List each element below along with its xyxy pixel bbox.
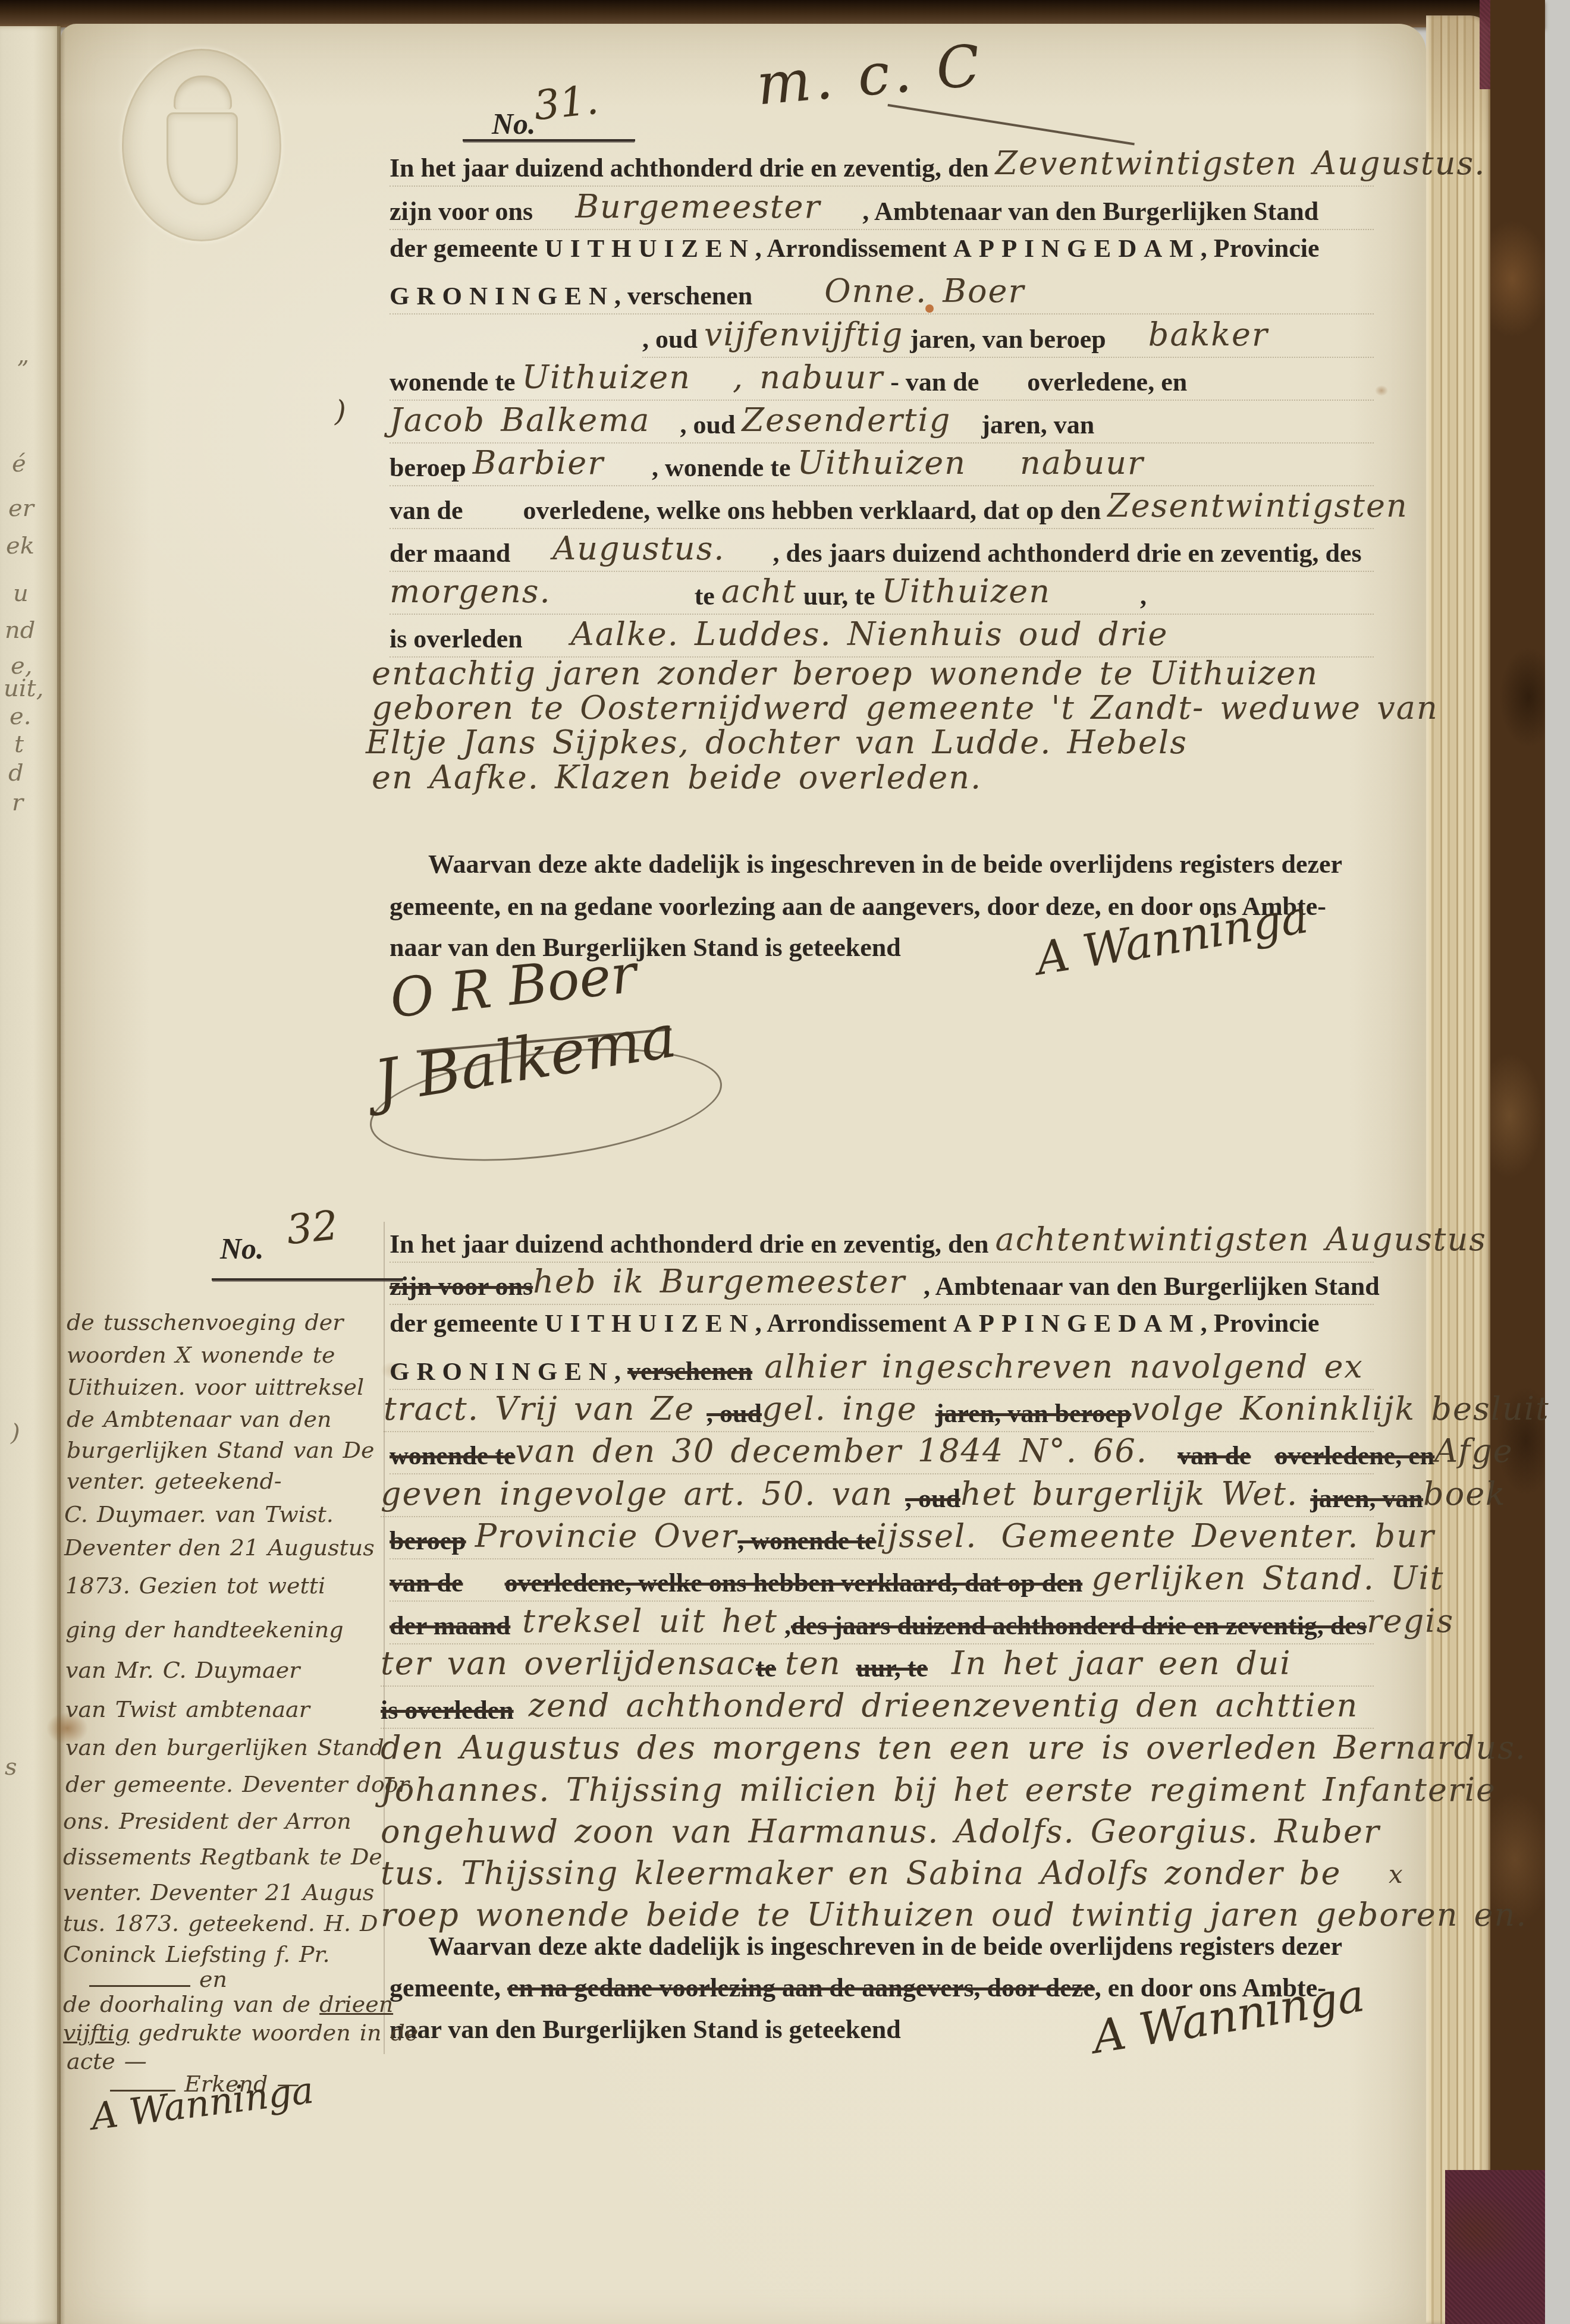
- printed-form-text: ,: [778, 1611, 791, 1640]
- previous-page-text-fragment: d: [8, 761, 24, 785]
- margin-note-line-22: vijftig gedrukte woorden in de: [63, 2021, 418, 2044]
- act-32-line-14: Johannes. Thijssing milicien bij het eer…: [381, 1776, 1496, 1809]
- act-31-line-11: morgens. te acht uur, te Uithuizen,: [390, 578, 1147, 610]
- printed-form-text: UITHUIZEN: [545, 1310, 755, 1338]
- margin-note-line-17: venter. Deventer 21 Augus: [63, 1881, 374, 1904]
- blank-space: [604, 475, 652, 476]
- margin-note-line-21: de doorhaling van de drieen: [63, 1993, 393, 2015]
- handwritten-text: Uithuizen: [881, 573, 1051, 610]
- printed-form-text: uur, te: [856, 1653, 928, 1683]
- blank-space: [918, 1421, 935, 1422]
- handwritten-text: tract. Vrij van Ze: [384, 1390, 695, 1427]
- act-31-line-10: der maand Augustus., des jaars duizend a…: [390, 535, 1362, 567]
- previous-page-text-fragment: nd: [5, 618, 35, 642]
- previous-page-text-fragment: e,: [11, 654, 32, 678]
- act-number-rule: [212, 1278, 403, 1281]
- act-32-line-10: der maandtreksel uit het ,des jaars duiz…: [390, 1608, 1454, 1640]
- printed-form-text: UITHUIZEN: [545, 235, 755, 263]
- handwritten-text: burgerlijken Stand van De: [67, 1437, 375, 1463]
- previous-page-text-fragment: r: [12, 791, 23, 814]
- printed-form-text: In het jaar duizend achthonderd drie en …: [390, 1229, 996, 1259]
- printed-form-text: beroep: [390, 453, 473, 482]
- act-32-line-16: tus. Thijssing kleermaker en Sabina Adol…: [381, 1860, 1341, 1892]
- printed-form-text: In het jaar duizend achthonderd drie en …: [390, 153, 996, 183]
- handwritten-text: morgens.: [390, 573, 551, 610]
- blank-space: [1148, 1463, 1177, 1464]
- margin-note-line-20: en: [89, 1968, 227, 1990]
- blank-space: [966, 475, 1020, 476]
- previous-page-edge: [0, 26, 61, 2324]
- blank-space: [821, 219, 862, 220]
- handwritten-text: de tusschenvoeging der: [67, 1309, 344, 1335]
- handwritten-text: tus. Thijssing kleermaker en Sabina Adol…: [381, 1854, 1341, 1892]
- act-32-line-12: is overledenzend achthonderd drieenzeven…: [381, 1692, 1358, 1724]
- act-31-line-3: der gemeente UITHUIZEN, Arrondissement A…: [390, 235, 1319, 262]
- handwritten-text: Jacob Balkema: [390, 401, 651, 439]
- handwritten-text: drieen: [319, 1991, 393, 2017]
- printed-form-text: te: [756, 1653, 776, 1683]
- act-31-line-14: geboren te Oosternijdwerd gemeente 't Za…: [372, 694, 1439, 727]
- act-31-line-9: van de overledene, welke ons hebben verk…: [390, 492, 1408, 524]
- handwritten-text: Deventer den 21 Augustus: [64, 1534, 375, 1561]
- handwritten-text: ter van overlijdensac: [381, 1644, 756, 1682]
- blank-space: [539, 219, 575, 220]
- act-number-value: 31.: [532, 80, 601, 127]
- act-32-line-5: tract. Vrij van Ze, oudgel. ingejaren, v…: [384, 1395, 1550, 1427]
- blank-space: [759, 303, 824, 304]
- margin-note-line-16: dissements Regtbank te De: [63, 1845, 382, 1868]
- handwritten-text: Uithuizen. voor uittreksel: [67, 1374, 364, 1400]
- printed-form-text: jaren, van beroep: [935, 1399, 1132, 1428]
- printed-form-text: GRONINGEN: [390, 282, 614, 310]
- printed-form-text: , oud: [680, 410, 742, 439]
- printed-form-text: is overleden: [390, 624, 529, 653]
- printed-form-text: , Arrondissement: [755, 1309, 953, 1338]
- handwritten-text: Uithuizen: [522, 358, 691, 396]
- blank-space: [691, 389, 733, 391]
- act-32-line-11: ter van overlijdensactetenuur, teIn het …: [381, 1650, 1292, 1682]
- printed-form-text: beroep: [390, 1526, 466, 1555]
- margin-note-line-14: der gemeente. Deventer door: [65, 1773, 409, 1795]
- handwritten-text: bakker: [1148, 316, 1268, 353]
- handwritten-text: woorden X wonende te: [67, 1342, 335, 1368]
- blank-space: [469, 518, 523, 519]
- printed-form-text: Waarvan deze akte dadelijk is ingeschrev…: [428, 850, 1342, 879]
- act-32-line-1: In het jaar duizend achthonderd drie en …: [390, 1226, 1487, 1258]
- blank-space: [906, 1294, 924, 1295]
- blank-space: [928, 1675, 952, 1677]
- printed-form-text: , oud: [905, 1484, 960, 1513]
- handwritten-text: het burgerlijk Wet.: [960, 1475, 1298, 1512]
- act-31-line-6: wonende te Uithuizen, nabuur - van de ov…: [390, 364, 1187, 396]
- previous-page-text-fragment: é: [12, 452, 26, 476]
- printed-form-text: , Ambtenaar van den Burgerlijken Stand: [924, 1272, 1380, 1301]
- previous-page-text-fragment: ”: [17, 358, 29, 382]
- book-cover-right: [1490, 0, 1545, 2324]
- handwritten-text: Provincie Over: [475, 1517, 737, 1555]
- act-32-line-9: van deoverledene, welke ons hebben verkl…: [390, 1565, 1444, 1597]
- handwritten-text: en Aafke. Klazen beide overleden.: [372, 759, 982, 796]
- act-number-label: No.: [492, 109, 536, 139]
- printed-form-text: des jaars duizend achthonderd drie en ze…: [791, 1611, 1367, 1640]
- handwritten-text: Barbier: [473, 444, 604, 482]
- handwritten-text: Aalke. Luddes. Nienhuis oud drie: [571, 615, 1169, 653]
- blank-space: [510, 1633, 522, 1634]
- act-31-line-15: Eltje Jans Sijpkes, dochter van Ludde. H…: [366, 729, 1188, 761]
- handwritten-text: ging der handteekening: [65, 1617, 344, 1643]
- blank-space: [1113, 347, 1148, 348]
- handwritten-text: geven ingevolge art. 50. van: [381, 1475, 893, 1512]
- printed-form-text: , wonende te: [652, 453, 797, 482]
- handwritten-text: boek: [1423, 1475, 1506, 1512]
- handwritten-text: alhier ingeschreven navolgend ex: [764, 1348, 1364, 1385]
- handwritten-text: In het jaar een dui: [952, 1644, 1291, 1682]
- blank-space: [529, 646, 571, 647]
- handwritten-text: geboren te Oosternijdwerd gemeente 't Za…: [372, 689, 1439, 727]
- pen-mark: x: [1389, 1860, 1403, 1889]
- printed-form-text: zijn voor ons: [390, 1272, 533, 1301]
- printed-form-text: , des jaars duizend achthonderd drie en …: [773, 539, 1362, 568]
- act-32-line-6: wonende tevan den 30 december 1844 N°. 6…: [390, 1438, 1514, 1470]
- blank-space: [551, 603, 688, 605]
- handwritten-text: venter. Deventer 21 Augus: [63, 1879, 374, 1905]
- act-31-line-7: Jacob Balkema, oud Zesendertig jaren, va…: [390, 407, 1094, 439]
- blank-space: [651, 432, 680, 433]
- margin-note-line-10: ging der handteekening: [65, 1618, 344, 1641]
- printed-form-text: jaren, van: [1310, 1484, 1423, 1513]
- act-32-line-7: geven ingevolge art. 50. van, oudhet bur…: [381, 1480, 1506, 1512]
- handwritten-text: acte —: [67, 2048, 147, 2074]
- printed-form-text: , verschenen: [614, 281, 759, 310]
- handwritten-text: venter. geteekend-: [67, 1468, 282, 1494]
- previous-page-text-fragment: t: [14, 732, 24, 756]
- act-31-line-1: In het jaar duizend achthonderd drie en …: [390, 150, 1486, 182]
- act-32-line-2: zijn voor onsheb ik Burgemeester, Ambten…: [390, 1268, 1380, 1300]
- printed-form-text: van de: [390, 1568, 463, 1597]
- printed-form-text: ,: [1140, 581, 1147, 611]
- previous-page-text-fragment: s: [5, 1755, 17, 1779]
- printed-form-text: naar van den Burgerlijken Stand is getee…: [390, 933, 901, 962]
- handwritten-text: entachtig jaren zonder beroep wonende te…: [372, 655, 1318, 692]
- printed-form-text: , Ambtenaar van den Burgerlijken Stand: [862, 197, 1318, 226]
- printed-form-text: overledene, welke ons hebben verklaard, …: [504, 1568, 1082, 1597]
- blank-space: [1251, 1463, 1274, 1464]
- handwritten-text: Zeventwintigsten Augustus.: [996, 144, 1486, 182]
- margin-note-line-2: woorden X wonende te: [67, 1344, 335, 1366]
- handwritten-text: ten: [785, 1644, 841, 1682]
- previous-page-text-fragment: uit,: [4, 677, 43, 700]
- printed-form-text: , Provincie: [1201, 234, 1320, 263]
- handwritten-text: gel. inge: [762, 1390, 918, 1427]
- printed-form-text: , oud: [642, 325, 704, 354]
- act-32-line-15: ongehuwd zoon van Harmanus. Adolfs. Geor…: [381, 1818, 1380, 1850]
- blank-space: [463, 1590, 504, 1592]
- act-31-line-5: , oud vijfenvijftig jaren, van beroep ba…: [642, 321, 1268, 353]
- handwritten-text: Zesendertig: [742, 401, 952, 439]
- printed-form-text: wonende te: [390, 367, 522, 397]
- blank-space: [517, 561, 552, 562]
- printed-form-text: gemeente,: [390, 1973, 507, 2002]
- blank-space: [951, 432, 975, 433]
- act-32-line-18: Waarvan deze akte dadelijk is ingeschrev…: [428, 1933, 1342, 1960]
- act-32-line-8: beroepProvincie Over, wonende teijssel.G…: [390, 1523, 1435, 1555]
- scanned-register-photo: { "page": { "inscription": {"text": "m. …: [0, 0, 1570, 2324]
- printed-form-text: overledene, en: [1274, 1441, 1434, 1470]
- handwritten-text: heb ik: [533, 1263, 660, 1300]
- printed-form-text: overledene, en: [1027, 367, 1187, 397]
- handwritten-text: Onne. Boer: [824, 272, 1025, 310]
- printed-form-text: Waarvan deze akte dadelijk is ingeschrev…: [428, 1932, 1342, 1961]
- handwritten-text: tus. 1873. geteekend. H. D: [63, 1910, 378, 1936]
- handwritten-text: regis: [1367, 1602, 1454, 1640]
- printed-form-text: overledene, welke ons hebben verklaard, …: [523, 496, 1107, 525]
- printed-form-text: der gemeente: [390, 1309, 545, 1338]
- blank-space: [841, 1675, 856, 1677]
- handwritten-text: , nabuur: [733, 358, 884, 396]
- handwritten-text: Afge: [1434, 1432, 1514, 1470]
- handwritten-text: ijssel.: [877, 1517, 978, 1555]
- blank-space: [985, 389, 1027, 391]
- handwritten-text: Burgemeester: [660, 1263, 906, 1300]
- printed-form-text: van de: [1177, 1441, 1251, 1470]
- margin-note-line-15: ons. President der Arron: [63, 1810, 351, 1832]
- handwritten-text: gedrukte woorden in de: [129, 2020, 418, 2046]
- previous-page-text-fragment: e.: [10, 705, 31, 728]
- previous-page-text-fragment: er: [8, 496, 34, 520]
- handwritten-text: Augustus.: [552, 530, 725, 567]
- page-gutter-shadow: [57, 24, 65, 2324]
- handwritten-text: der gemeente. Deventer door: [65, 1771, 409, 1797]
- pen-mark: ): [335, 395, 346, 428]
- handwritten-text: nabuur: [1020, 444, 1144, 482]
- handwritten-text: ongehuwd zoon van Harmanus. Adolfs. Geor…: [381, 1813, 1380, 1850]
- previous-page-text-fragment: ek: [6, 534, 34, 558]
- act-31-line-13: entachtig jaren zonder beroep wonende te…: [372, 660, 1318, 692]
- handwritten-text: van Mr. C. Duymaer: [65, 1657, 300, 1683]
- handwritten-text: Eltje Jans Sijpkes, dochter van Ludde. H…: [366, 724, 1188, 761]
- handwritten-text: acht: [721, 573, 797, 610]
- margin-note-line-23: acte —: [67, 2050, 147, 2073]
- margin-note-line-1: de tusschenvoeging der: [67, 1311, 344, 1334]
- handwritten-text: ons. President der Arron: [63, 1808, 351, 1834]
- act-32-line-20: naar van den Burgerlijken Stand is getee…: [390, 2017, 901, 2043]
- margin-note-line-19: Coninck Liefsting f. Pr.: [63, 1943, 330, 1966]
- handwritten-text: Uithuizen: [797, 444, 966, 482]
- seal-shield-icon: [167, 112, 238, 205]
- blank-space: [776, 1675, 785, 1677]
- blank-space: [726, 561, 773, 562]
- cover-cloth-bottom: [1445, 2170, 1545, 2324]
- handwritten-text: Johannes. Thijssing milicien bij het eer…: [381, 1771, 1496, 1809]
- handwritten-text: vijftig: [63, 2020, 129, 2046]
- handwritten-text: van den burgerlijken Stand: [65, 1734, 384, 1760]
- act-31-line-16: en Aafke. Klazen beide overleden.: [372, 764, 982, 796]
- handwritten-text: de Ambtenaar van den: [67, 1406, 331, 1432]
- handwritten-text: Burgemeester: [575, 188, 821, 225]
- handwritten-text: gerlijken Stand. Uit: [1091, 1559, 1444, 1597]
- act-31-line-17: Waarvan deze akte dadelijk is ingeschrev…: [428, 851, 1342, 878]
- handwritten-text: zend achthonderd drieenzeventig den acht…: [529, 1687, 1359, 1724]
- printed-form-text: is overleden: [381, 1696, 514, 1725]
- printed-form-text: jaren, van beroep: [903, 325, 1113, 354]
- printed-form-text: uur, te: [797, 581, 882, 611]
- act-number-rule: [463, 139, 635, 141]
- margin-note-line-3: Uithuizen. voor uittreksel: [67, 1376, 364, 1398]
- handwritten-text: Zesentwintigsten: [1107, 487, 1408, 524]
- handwritten-text: roep wonende beide te Uithuizen oud twin…: [381, 1896, 1527, 1933]
- printed-form-text: naar van den Burgerlijken Stand is getee…: [390, 2015, 901, 2044]
- printed-form-text: APPINGEDAM: [953, 235, 1201, 263]
- handwritten-text: den Augustus des morgens ten een ure is …: [381, 1729, 1527, 1766]
- margin-note-line-7: C. Duymaer. van Twist.: [64, 1503, 334, 1526]
- act-31-line-8: beroep Barbier, wonende te Uithuizennabu…: [390, 449, 1144, 482]
- printed-form-text: der maand: [390, 539, 517, 568]
- act-32-line-17: roep wonende beide te Uithuizen oud twin…: [381, 1901, 1527, 1933]
- margin-note-line-12: van Twist ambtenaar: [65, 1698, 310, 1721]
- seal-crown-icon: [174, 76, 232, 109]
- handwritten-text: volge Koninklijk besluit: [1131, 1390, 1549, 1427]
- blank-space: [695, 1421, 706, 1422]
- act-32-line-4: GRONINGEN, verschenenalhier ingeschreven…: [390, 1353, 1364, 1385]
- handwritten-text: achtentwintigsten Augustus: [996, 1221, 1487, 1258]
- handwritten-text: van den 30 december 1844 N°. 66.: [515, 1432, 1147, 1470]
- printed-form-text: van de: [390, 496, 469, 525]
- act-number-label: No.: [220, 1234, 264, 1263]
- printed-form-text: zijn voor ons: [390, 197, 539, 226]
- previous-page-text-fragment: u: [13, 581, 29, 605]
- blank-space: [514, 1718, 529, 1719]
- blank-space: [1051, 603, 1140, 605]
- printed-form-text: wonende te: [390, 1441, 515, 1470]
- act-31-line-4: GRONINGEN, verschenen Onne. Boer: [390, 278, 1025, 310]
- margin-note-line-18: tus. 1873. geteekend. H. D: [63, 1912, 378, 1935]
- act-31-line-19: naar van den Burgerlijken Stand is getee…: [390, 935, 901, 961]
- margin-rule: [89, 1977, 190, 1987]
- printed-form-text: te: [688, 581, 721, 611]
- margin-note-line-6: venter. geteekend-: [67, 1470, 282, 1492]
- margin-note-line-8: Deventer den 21 Augustus: [64, 1536, 375, 1559]
- printed-form-text: verschenen: [627, 1357, 752, 1386]
- printed-form-text: , Provincie: [1201, 1309, 1320, 1338]
- margin-note-line-13: van den burgerlijken Stand: [65, 1736, 384, 1759]
- act-31-line-12: is overleden Aalke. Luddes. Nienhuis oud…: [390, 621, 1168, 653]
- act-number-value: 32: [285, 1206, 340, 1251]
- printed-form-text: , Arrondissement: [755, 234, 953, 263]
- printed-form-text: GRONINGEN: [390, 1358, 614, 1386]
- act-31-line-2: zijn voor ons Burgemeester, Ambtenaar va…: [390, 193, 1318, 225]
- handwritten-text: en: [190, 1966, 227, 1992]
- handwritten-text: de doorhaling van de: [63, 1991, 319, 2017]
- blank-space: [466, 1548, 475, 1549]
- blank-space: [977, 1548, 1001, 1549]
- margin-note-line-9: 1873. Gezien tot wetti: [65, 1574, 325, 1597]
- blank-space: [1082, 1590, 1091, 1592]
- act-32-line-3: der gemeente UITHUIZEN, Arrondissement A…: [390, 1310, 1319, 1336]
- margin-note-line-4: de Ambtenaar van den: [67, 1408, 331, 1430]
- handwritten-text: treksel uit het: [522, 1602, 778, 1640]
- page-edge-stack: [1426, 15, 1490, 2324]
- paper-stain: [1375, 385, 1388, 396]
- handwritten-text: 1873. Gezien tot wetti: [65, 1573, 325, 1599]
- printed-form-text: , wonende te: [737, 1526, 876, 1555]
- printed-form-text: APPINGEDAM: [953, 1310, 1201, 1338]
- embossed-seal: [122, 49, 281, 241]
- margin-note-line-11: van Mr. C. Duymaer: [65, 1659, 300, 1681]
- handwritten-text: Gemeente Deventer. bur: [1001, 1517, 1434, 1555]
- printed-form-text: en na gedane voorlezing aan de aangevers…: [507, 1973, 1095, 2002]
- printed-form-text: , oud: [706, 1399, 762, 1428]
- printed-form-text: - van de: [884, 367, 985, 397]
- handwritten-text: van Twist ambtenaar: [65, 1696, 310, 1722]
- previous-page-text-fragment: ): [11, 1421, 20, 1445]
- printed-form-text: der maand: [390, 1611, 510, 1640]
- margin-note-line-5: burgerlijken Stand van De: [67, 1439, 375, 1461]
- handwritten-text: C. Duymaer. van Twist.: [64, 1501, 334, 1527]
- printed-form-text: ,: [614, 1357, 627, 1386]
- handwritten-text: Coninck Liefsting f. Pr.: [63, 1941, 330, 1967]
- printed-form-text: der gemeente: [390, 234, 545, 263]
- printed-form-text: jaren, van: [975, 410, 1094, 439]
- blank-space: [752, 1379, 764, 1380]
- blank-space: [893, 1506, 905, 1507]
- handwritten-text: vijfenvijftig: [704, 316, 903, 353]
- handwritten-text: dissements Regtbank te De: [63, 1844, 382, 1870]
- blank-space: [1298, 1506, 1310, 1507]
- act-32-line-13: den Augustus des morgens ten een ure is …: [381, 1734, 1527, 1766]
